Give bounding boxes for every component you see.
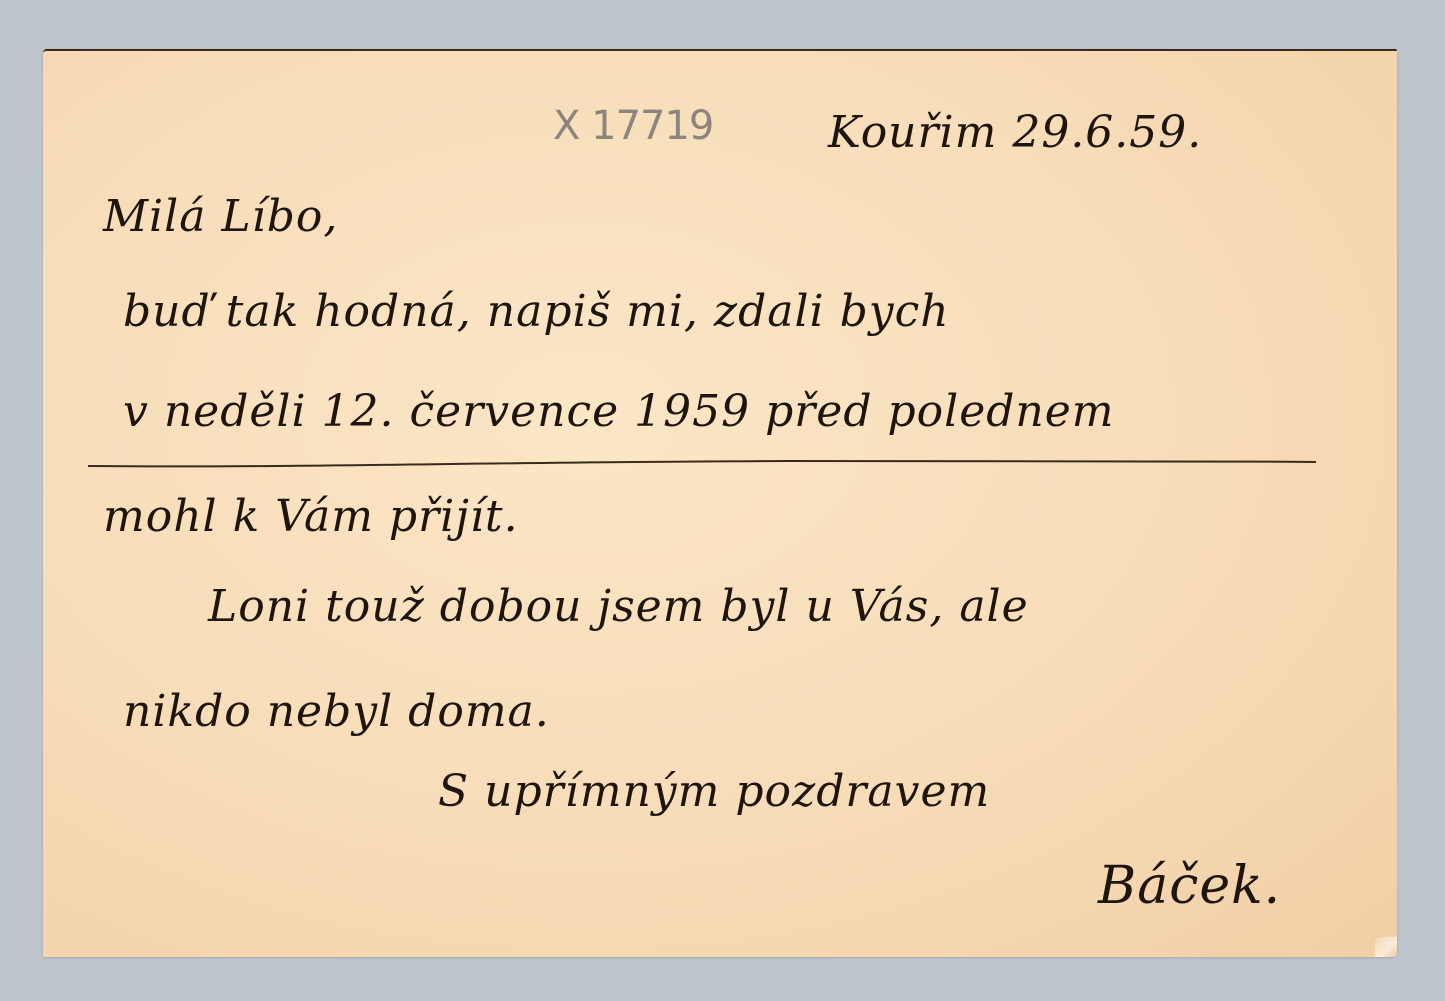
archive-number: X 17719 [553, 103, 713, 149]
body-line-1: buď tak hodná, napiš mi, zdali bych [123, 286, 950, 337]
body-line-5: nikdo nebyl doma. [123, 686, 550, 737]
signature: Báček. [1098, 856, 1281, 916]
body-line-4: Loni touž dobou jsem byl u Vás, ale [208, 581, 1029, 632]
place-date: Kouřim 29.6.59. [828, 107, 1202, 158]
postcard: X 17719 Kouřim 29.6.59. Milá Líbo, buď t… [43, 49, 1397, 957]
corner-crease [1375, 937, 1397, 957]
closing: S upřímným pozdravem [438, 766, 990, 817]
underline-stroke [88, 459, 1318, 469]
body-line-2: v neděli 12. července 1959 před polednem [123, 386, 1115, 437]
salutation: Milá Líbo, [103, 191, 338, 242]
body-line-3: mohl k Vám přijít. [103, 491, 519, 542]
